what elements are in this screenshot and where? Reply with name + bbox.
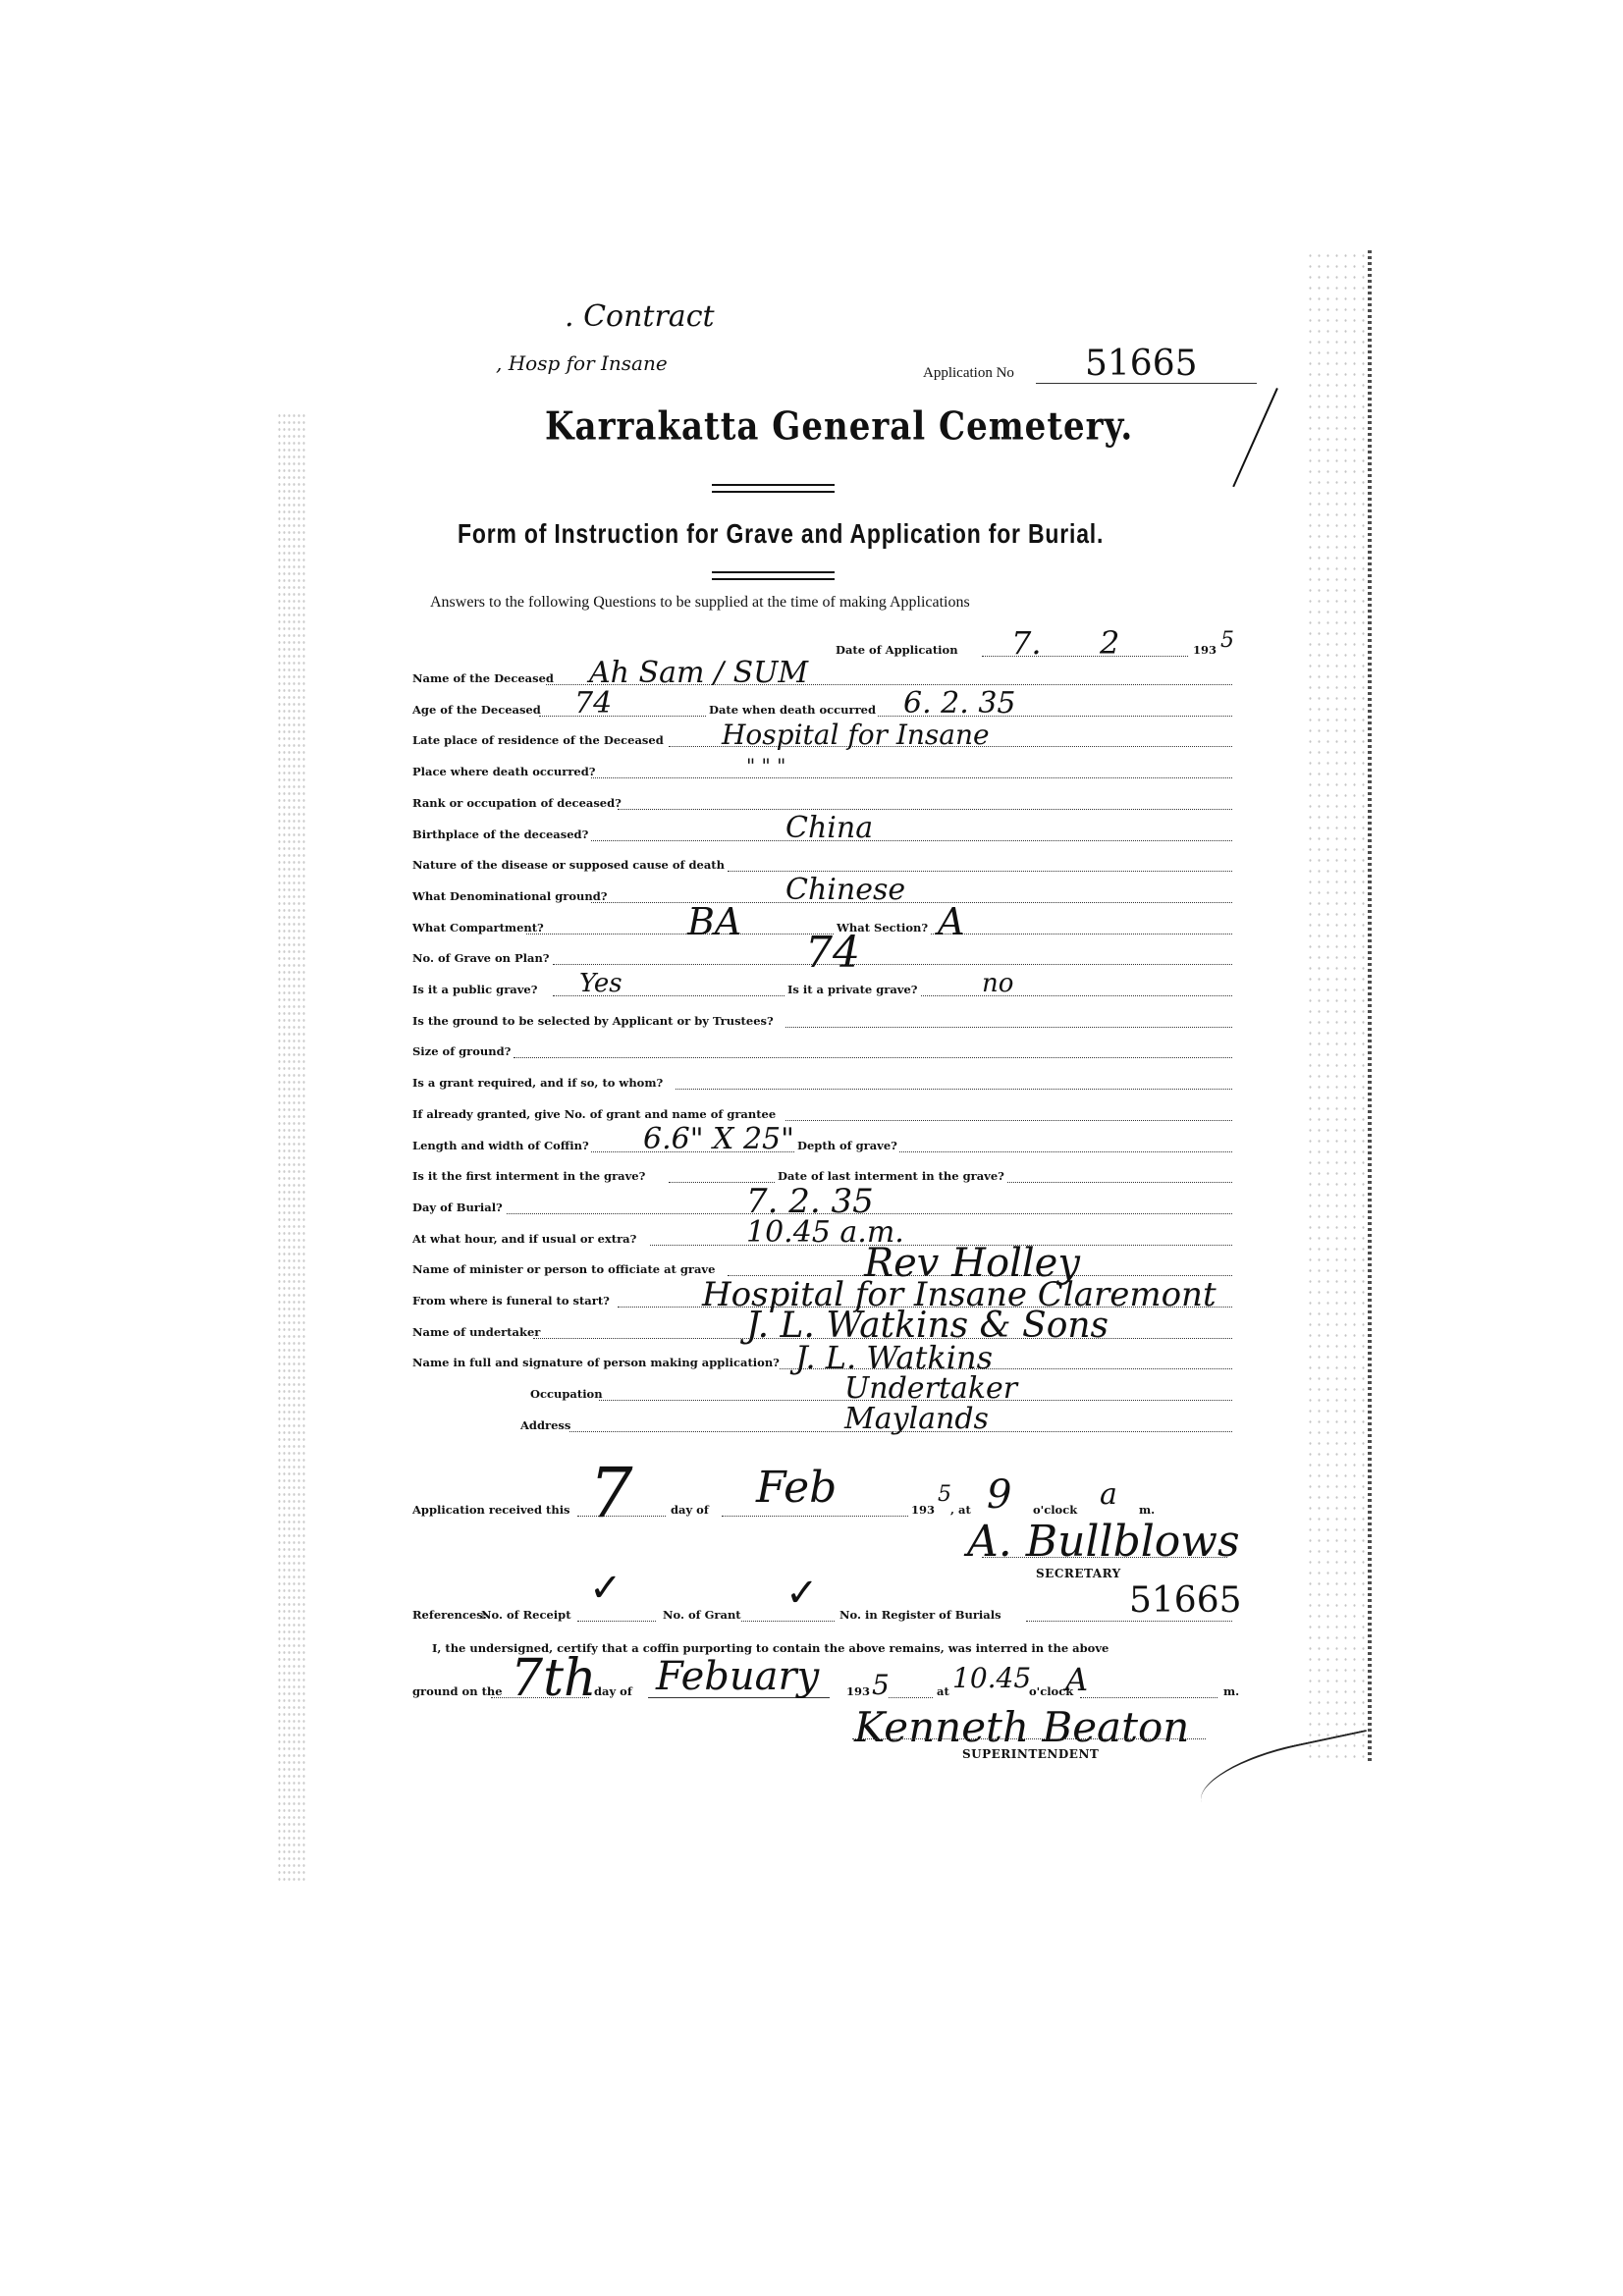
received-at-label: , at [950,1503,971,1517]
references-label: References: [412,1608,487,1622]
field-value: Chinese [785,873,905,907]
field-label: From where is funeral to start? [412,1294,610,1308]
cert-year-prefix: 193 [846,1684,870,1698]
title-divider-2 [712,571,835,580]
contract-annotation: . Contract [565,299,715,334]
field-label: Is it a public grave? [412,983,537,996]
field-answer-line [785,1027,1232,1028]
field-label: Nature of the disease or supposed cause … [412,858,725,872]
receipt-label: No. of Receipt [481,1608,571,1622]
field-label: No. of Grave on Plan? [412,951,550,965]
date-of-application-label: Date of Application [836,643,958,657]
field-label: Age of the Deceased [412,703,541,717]
field-label: Place where death occurred? [412,765,595,778]
cemetery-name: Karrakatta General Cemetery. [545,404,1133,450]
field-answer-line [591,777,1232,778]
received-year-suffix: 5 [938,1482,951,1507]
field-value-secondary: no [982,969,1013,998]
received-day: 7 [589,1453,633,1533]
scanned-burial-form: . Contract , Hosp for Insane Application… [0,0,1623,2296]
grant-label: No. of Grant [663,1608,741,1622]
date-month: 2 [1100,624,1119,662]
field-answer-line [514,1057,1232,1058]
register-label: No. in Register of Burials [839,1608,1001,1622]
received-year-prefix: 193 [911,1503,935,1517]
cert-dayof-label: day of [594,1684,632,1698]
application-no-label: Application No [923,365,1014,382]
field-label: Is it the first interment in the grave? [412,1169,645,1183]
date-year-suffix: 5 [1220,628,1234,653]
field-label: Name of the Deceased [412,671,554,685]
field-answer-line [728,871,1232,872]
scan-speckle-right [1306,250,1370,1762]
field-answer-line [591,840,1232,841]
received-m-label: m. [1139,1503,1155,1517]
field-value: Yes [579,969,622,998]
received-hour: 9 [987,1472,1011,1518]
secretary-line [982,1557,1227,1558]
field-label: Day of Burial? [412,1201,503,1214]
received-month-line [722,1516,908,1517]
hospital-annotation: , Hosp for Insane [496,351,668,375]
application-no-value: 51665 [1085,344,1198,384]
field-label-secondary: Date when death occurred [707,703,878,717]
field-answer-line [785,1120,1232,1121]
field-label: Occupation [530,1387,603,1401]
date-day: 7. [1011,624,1042,662]
field-label: At what hour, and if usual or extra? [412,1232,636,1246]
field-answer-line [618,809,1232,810]
field-value: BA [687,900,741,943]
received-dayof-label: day of [671,1503,709,1517]
checkmark-stroke [1232,388,1278,487]
register-line [1026,1621,1232,1622]
field-value: 6.6" X 25" [643,1122,794,1156]
cert-meridiem: A [1065,1661,1088,1698]
field-label: Address [520,1418,570,1432]
received-label: Application received this [412,1503,570,1517]
field-label: Late place of residence of the Deceased [412,733,664,747]
field-value: China [785,811,873,845]
field-label: Is a grant required, and if so, to whom? [412,1076,663,1090]
cert-day: 7th [511,1649,596,1708]
field-label: If already granted, give No. of grant an… [412,1107,776,1121]
received-month: Feb [756,1463,837,1513]
cert-meridiem-line [1080,1697,1217,1698]
field-value-secondary: A [938,900,964,943]
cert-at-label: at [937,1684,949,1698]
field-value: Maylands [844,1402,989,1436]
paper-edge-right [1368,250,1372,1762]
field-label-secondary: Is it a private grave? [785,983,920,996]
receipt-checkmark: ✓ [589,1566,622,1611]
field-label: Rank or occupation of deceased? [412,796,622,810]
scan-speckle-left [277,412,306,1885]
received-oclock-label: o'clock [1033,1503,1077,1517]
field-answer-line [553,964,1232,965]
field-value: " " " [746,754,785,777]
field-label: Is the ground to be selected by Applican… [412,1014,774,1028]
field-label: Name of minister or person to officiate … [412,1262,715,1276]
field-value: 74 [805,928,860,978]
paper-corner-curl [1194,1730,1380,1826]
field-value-secondary: 6. 2. 35 [903,686,1016,721]
field-value: 74 [574,686,612,721]
superintendent-signature: Kenneth Beaton [854,1703,1189,1751]
field-answer-line [676,1089,1232,1090]
cert-m-label: m. [1223,1684,1239,1698]
cert-time: 10.45 [952,1662,1031,1694]
cert-year-suffix: 5 [872,1669,890,1701]
title-divider [712,484,835,493]
secretary-signature: A. Bullblows [967,1517,1240,1567]
superintendent-label: SUPERINTENDENT [962,1747,1099,1761]
receipt-line [577,1621,656,1622]
secretary-label: SECRETARY [1036,1567,1121,1580]
field-value: Hospital for Insane [722,719,990,751]
superintendent-line [852,1738,1206,1739]
grant-checkmark: ✓ [785,1571,819,1616]
field-label: Name of undertaker [412,1325,540,1339]
field-label: Name in full and signature of person mak… [412,1356,780,1369]
instructions-text: Answers to the following Questions to be… [430,594,970,612]
field-value: Undertaker [844,1371,1017,1406]
field-label: Size of ground? [412,1044,511,1058]
field-label: What Compartment? [412,921,544,934]
form-title: Form of Instruction for Grave and Applic… [458,518,1104,550]
cert-ground-label: ground on the [412,1684,503,1698]
cert-year-line [889,1697,933,1698]
field-label: What Denominational ground? [412,889,608,903]
received-meridiem: a [1100,1477,1117,1512]
grant-line [741,1621,835,1622]
field-label: Length and width of Coffin? [412,1139,589,1152]
field-value: Ah Sam / SUM [589,656,808,690]
field-label-secondary: Depth of grave? [795,1139,899,1152]
field-answer-line [539,716,1232,717]
field-label: Birthplace of the deceased? [412,828,588,841]
cert-month: Febuary [656,1654,819,1699]
register-number: 51665 [1129,1580,1242,1621]
date-year-prefix: 193 [1193,643,1217,657]
field-label-secondary: Date of last interment in the grave? [776,1169,1006,1183]
